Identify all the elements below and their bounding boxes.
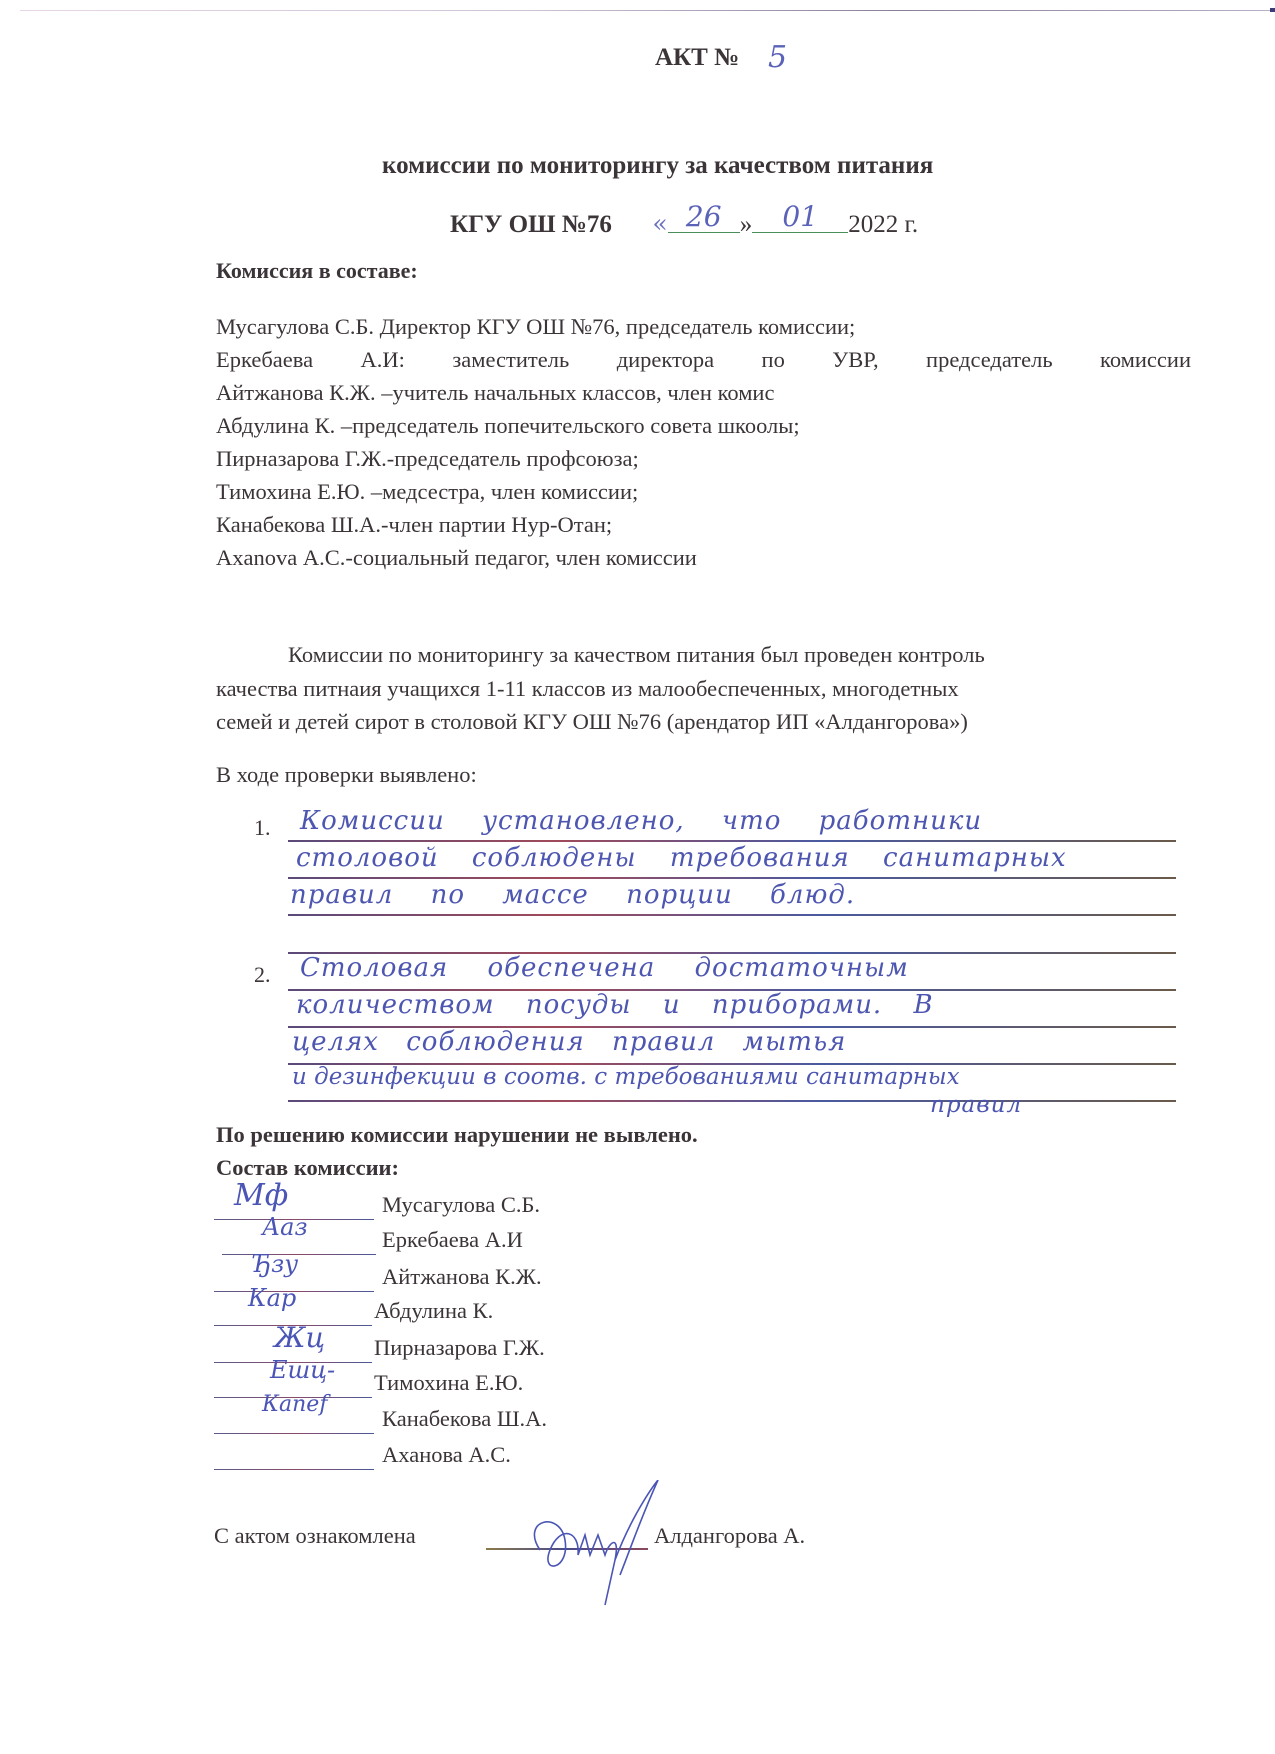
signatory-name: Еркебаева А.И [382, 1227, 523, 1253]
day-handwritten: 26 [686, 200, 722, 233]
signature-scribble: Жц [274, 1321, 325, 1354]
signature-line [214, 1433, 374, 1435]
signature-line [214, 1469, 374, 1471]
member-line: Еркебаева А.И: заместитель директора по … [216, 343, 1191, 376]
day-field: 26 [668, 206, 740, 233]
acknowledgement-label: С актом ознакомлена [214, 1523, 416, 1549]
member-line: Ахanova А.С.-социальный педагог, член ко… [216, 541, 1191, 574]
year-text: 2022 г. [848, 211, 918, 238]
paragraph-line: семей и детей сирот в столовой КГУ ОШ №7… [216, 705, 1191, 739]
signature-scribble: Ааз [262, 1213, 308, 1241]
member-line: Айтжанова К.Ж. –учитель начальных классо… [216, 376, 1191, 409]
signatory-name: Аханова А.С. [382, 1442, 511, 1468]
commission-heading: Комиссия в составе: [216, 258, 418, 284]
signatory-name: Канабекова Ш.А. [382, 1406, 547, 1432]
signature-scribble: Кар [248, 1284, 296, 1312]
member-line: Канабекова Ш.А.-член партии Нур-Отан; [216, 508, 1191, 541]
finding-handwritten-line: Столовая обеспечена достаточным [300, 953, 909, 983]
signatory-name: Тимохина Е.Ю. [374, 1370, 523, 1396]
signature-scribble: Кanef [262, 1392, 327, 1417]
findings-heading: В ходе проверки выявлено: [216, 762, 477, 788]
paragraph-line: Комиссии по мониторингу за качеством пит… [216, 638, 1191, 672]
members-list: Мусагулова С.Б. Директор КГУ ОШ №76, пре… [216, 310, 1191, 574]
signatory-name: Мусагулова С.Б. [382, 1192, 540, 1218]
finding-handwritten-line: Комиссии установлено, что работники [300, 806, 982, 836]
finding-handwritten-line: правил по массе порции блюд. [290, 880, 855, 910]
finding-handwritten-line: столовой соблюдены требования санитарных [296, 843, 1067, 873]
finding-number: 2. [254, 962, 271, 988]
open-quote: « [652, 209, 667, 238]
acknowledgement-name: Алдангорова А. [654, 1523, 805, 1549]
month-handwritten: 01 [782, 200, 818, 233]
paragraph-line: качества питнаия учащихся 1-11 классов и… [216, 672, 1191, 706]
school-date-line: КГУ ОШ №76 «26»012022 г. [450, 206, 918, 239]
title-prefix: АКТ № [655, 44, 739, 71]
signature-scribble: Ђзу [252, 1250, 298, 1278]
signature-scribble: Ешц- [270, 1356, 335, 1384]
member-line: Тимохина Е.Ю. –медсестра, член комиссии; [216, 475, 1191, 508]
act-number-handwritten: 5 [768, 40, 787, 75]
document-title: АКТ № [655, 44, 739, 72]
member-line: Мусагулова С.Б. Директор КГУ ОШ №76, пре… [216, 310, 1191, 343]
ruled-line [288, 1100, 1176, 1102]
finding-handwritten-line: целях соблюдения правил мытья [292, 1027, 846, 1057]
close-quote: » [740, 211, 753, 238]
signatory-name: Пирназарова Г.Ж. [374, 1335, 545, 1361]
signatory-name: Абдулина К. [374, 1298, 493, 1324]
ruled-line [288, 840, 1176, 842]
finding-handwritten-line: и дезинфекции в соотв. с требованиями са… [292, 1064, 960, 1090]
signature-line [222, 1254, 376, 1256]
ruled-line [288, 877, 1176, 879]
signature-scribble: Мф [234, 1178, 288, 1213]
document-subtitle: комиссии по мониторингу за качеством пит… [382, 152, 933, 180]
school-name: КГУ ОШ №76 [450, 211, 612, 238]
signatory-name: Айтжанова К.Ж. [382, 1264, 542, 1290]
scan-corner-mark [1270, 8, 1275, 12]
finding-number: 1. [254, 815, 271, 841]
ruled-line [288, 914, 1176, 916]
decision-statement: По решению комиссии нарушении не вывлено… [216, 1122, 698, 1148]
finding-handwritten-line: количеством посуды и приборами. В [296, 990, 934, 1020]
member-line: Абдулина К. –председатель попечительског… [216, 409, 1191, 442]
month-field: 01 [752, 206, 848, 233]
finding-handwritten-line: правил [930, 1092, 1022, 1118]
inspection-paragraph: Комиссии по мониторингу за качеством пит… [216, 638, 1191, 739]
member-line: Пирназарова Г.Ж.-председатель профсоюза; [216, 442, 1191, 475]
scan-border-line [20, 10, 1275, 11]
